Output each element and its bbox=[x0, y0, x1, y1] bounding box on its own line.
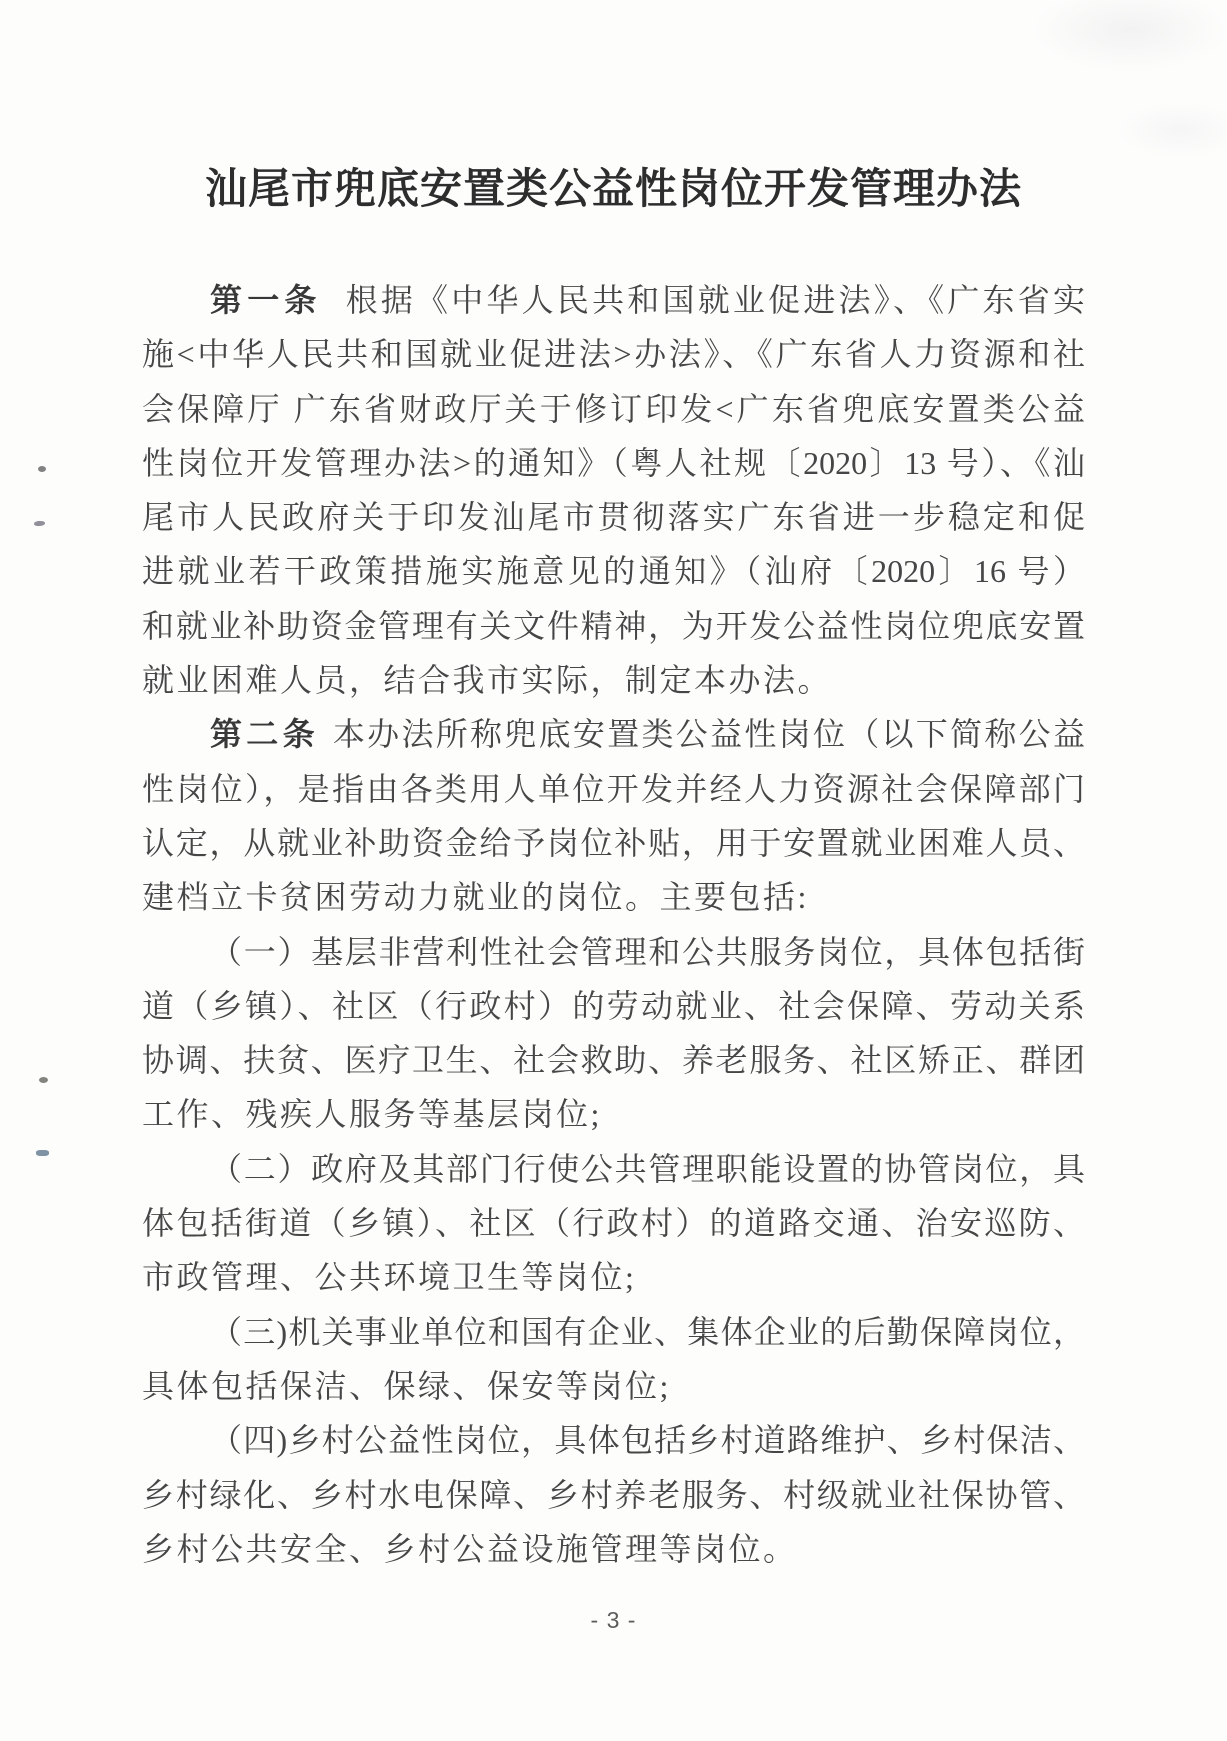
body-line: 进就业若干政策措施实施意见的通知》（汕府〔2020〕16 号） bbox=[142, 544, 1085, 598]
body-line: 施<中华人民共和国就业促进法>办法》、《广东省人力资源和社 bbox=[142, 327, 1085, 381]
body-line: 和就业补助资金管理有关文件精神，为开发公益性岗位兜底安置 bbox=[142, 599, 1085, 653]
body-line: 建档立卡贫困劳动力就业的岗位。主要包括: bbox=[142, 870, 1085, 924]
article-number-label: 第一条 bbox=[210, 282, 322, 318]
body-line: 性岗位），是指由各类用人单位开发并经人力资源社会保障部门 bbox=[142, 762, 1085, 816]
body-line: 第一条根据《中华人民共和国就业促进法》、《广东省实 bbox=[142, 273, 1085, 327]
scan-speck bbox=[39, 1077, 48, 1083]
body-line: 具体包括保洁、保绿、保安等岗位; bbox=[142, 1359, 1085, 1413]
paragraph-item-3: （三)机关事业单位和国有企业、集体企业的后勤保障岗位， 具体包括保洁、保绿、保安… bbox=[142, 1305, 1085, 1414]
page-number: - 3 - bbox=[0, 1605, 1227, 1635]
body-line: 第二条本办法所称兜底安置类公益性岗位（以下简称公益 bbox=[142, 707, 1085, 761]
body-line: 工作、残疾人服务等基层岗位; bbox=[142, 1087, 1085, 1141]
body-line: 尾市人民政府关于印发汕尾市贯彻落实广东省进一步稳定和促 bbox=[142, 490, 1085, 544]
paragraph-article-1: 第一条根据《中华人民共和国就业促进法》、《广东省实 施<中华人民共和国就业促进法… bbox=[142, 273, 1085, 707]
paragraph-item-2: （二）政府及其部门行使公共管理职能设置的协管岗位，具 体包括街道（乡镇）、社区（… bbox=[142, 1142, 1085, 1305]
body-line: （四)乡村公益性岗位，具体包括乡村道路维护、乡村保洁、 bbox=[142, 1413, 1085, 1467]
paragraph-item-4: （四)乡村公益性岗位，具体包括乡村道路维护、乡村保洁、 乡村绿化、乡村水电保障、… bbox=[142, 1413, 1085, 1576]
body-line-text: 本办法所称兜底安置类公益性岗位（以下简称公益 bbox=[333, 716, 1085, 752]
body-line-text: 根据《中华人民共和国就业促进法》、《广东省实 bbox=[346, 282, 1085, 318]
scan-speck bbox=[36, 1150, 49, 1156]
body-line: （一）基层非营利性社会管理和公共服务岗位，具体包括街 bbox=[142, 925, 1085, 979]
body-line: 乡村绿化、乡村水电保障、乡村养老服务、村级就业社保协管、 bbox=[142, 1468, 1085, 1522]
body-line: （二）政府及其部门行使公共管理职能设置的协管岗位，具 bbox=[142, 1142, 1085, 1196]
scan-speck bbox=[38, 466, 46, 472]
body-line: 乡村公共安全、乡村公益设施管理等岗位。 bbox=[142, 1522, 1085, 1576]
paragraph-article-2: 第二条本办法所称兜底安置类公益性岗位（以下简称公益 性岗位），是指由各类用人单位… bbox=[142, 707, 1085, 924]
body-line: 协调、扶贫、医疗卫生、社会救助、养老服务、社区矫正、群团 bbox=[142, 1033, 1085, 1087]
body-line: 就业困难人员，结合我市实际，制定本办法。 bbox=[142, 653, 1085, 707]
scan-speck bbox=[34, 521, 45, 527]
body-line: 市政管理、公共环境卫生等岗位; bbox=[142, 1250, 1085, 1304]
article-number-label: 第二条 bbox=[210, 716, 319, 752]
body-line: 认定，从就业补助资金给予岗位补贴，用于安置就业困难人员、 bbox=[142, 816, 1085, 870]
body-line: （三)机关事业单位和国有企业、集体企业的后勤保障岗位， bbox=[142, 1305, 1085, 1359]
document-page: 汕尾市兜底安置类公益性岗位开发管理办法 第一条根据《中华人民共和国就业促进法》、… bbox=[0, 0, 1227, 1741]
body-line: 会保障厅 广东省财政厅关于修订印发<广东省兜底安置类公益 bbox=[142, 382, 1085, 436]
body-line: 性岗位开发管理办法>的通知》（粤人社规〔2020〕13 号）、《汕 bbox=[142, 436, 1085, 490]
document-body: 第一条根据《中华人民共和国就业促进法》、《广东省实 施<中华人民共和国就业促进法… bbox=[142, 273, 1085, 1576]
body-line: 体包括街道（乡镇）、社区（行政村）的道路交通、治安巡防、 bbox=[142, 1196, 1085, 1250]
paragraph-item-1: （一）基层非营利性社会管理和公共服务岗位，具体包括街 道（乡镇）、社区（行政村）… bbox=[142, 925, 1085, 1142]
body-line: 道（乡镇）、社区（行政村）的劳动就业、社会保障、劳动关系 bbox=[142, 979, 1085, 1033]
page-title: 汕尾市兜底安置类公益性岗位开发管理办法 bbox=[0, 162, 1227, 218]
